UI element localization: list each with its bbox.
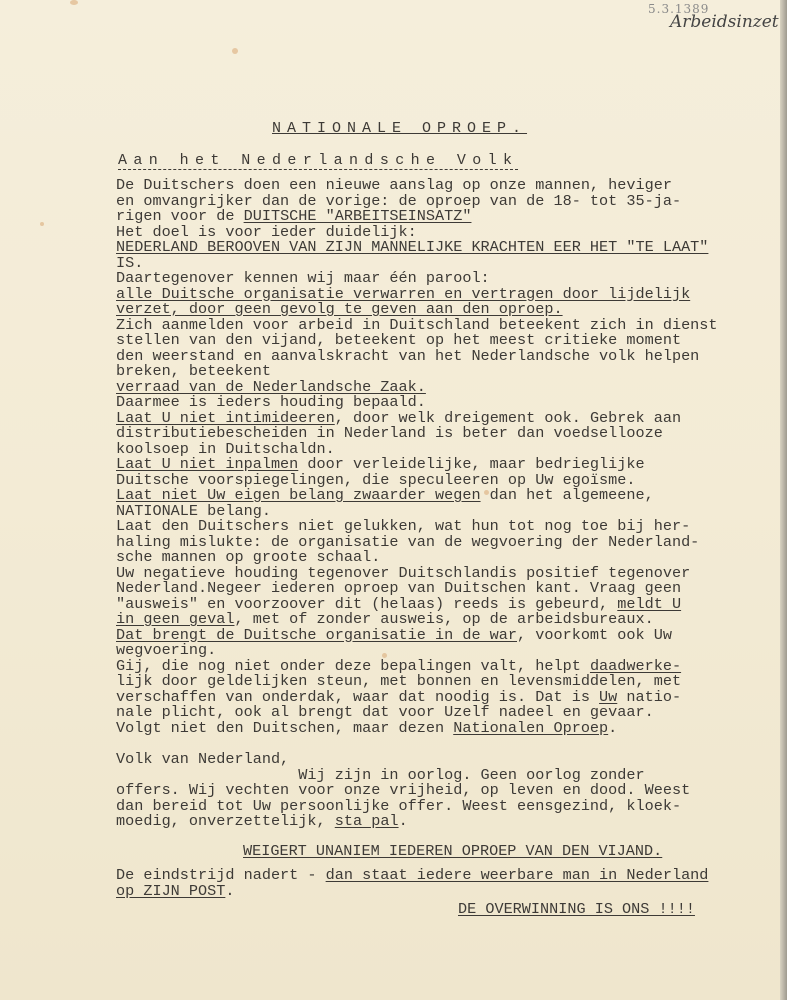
stain bbox=[40, 222, 44, 226]
stain bbox=[70, 0, 78, 5]
closing-paragraph: Volk van Nederland, Wij zijn in oorlog. … bbox=[116, 752, 756, 830]
text-line: Volgt niet den Duitschen, maar dezen Nat… bbox=[116, 721, 756, 737]
signoff: DE OVERWINNING IS ONS !!!! bbox=[458, 902, 787, 918]
document-title: NATIONALE OPROEP. bbox=[272, 120, 527, 137]
document-body: De Duitschers doen een nieuwe aanslag op… bbox=[116, 178, 756, 736]
document-subtitle: Aan het Nederlandsche Volk bbox=[118, 152, 518, 170]
final-paragraph: De eindstrijd nadert - dan staat iedere … bbox=[116, 868, 756, 899]
text-line: op ZIJN POST. bbox=[116, 884, 756, 900]
slogan: WEIGERT UNANIEM IEDEREN OPROEP VAN DEN V… bbox=[243, 844, 787, 860]
handwritten-label: Arbeidsinzet bbox=[670, 12, 779, 32]
text-line: NEDERLAND BEROOVEN VAN ZIJN MANNELIJKE K… bbox=[116, 240, 756, 256]
text-line: moedig, onverzettelijk, sta pal. bbox=[116, 814, 756, 830]
stain bbox=[232, 48, 238, 54]
